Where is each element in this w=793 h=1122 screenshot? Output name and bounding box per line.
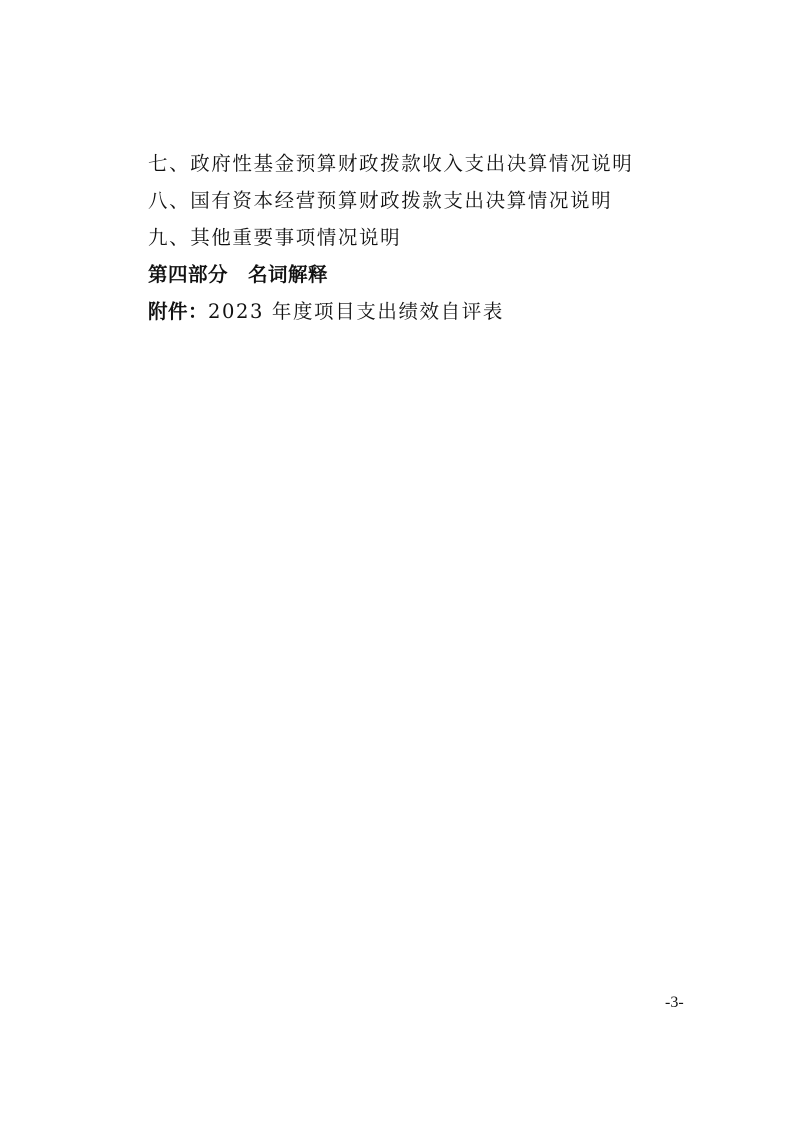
toc-item-9: 九、其他重要事项情况说明 [148,224,401,252]
attachment-line: 附件：2023 年度项目支出绩效自评表 [148,298,504,326]
toc-item-8: 八、国有资本经营预算财政拨款支出决算情况说明 [148,187,612,215]
attachment-label: 附件： [148,300,208,323]
section-title: 名词解释 [248,263,328,286]
section-heading: 第四部分名词解释 [148,261,328,289]
toc-item-text: 政府性基金预算财政拨款收入支出决算情况说明 [190,152,633,175]
toc-item-number: 八、 [148,189,190,212]
toc-item-number: 七、 [148,152,190,175]
toc-item-text: 其他重要事项情况说明 [190,226,401,249]
section-part: 第四部分 [148,263,228,286]
toc-item-7: 七、政府性基金预算财政拨款收入支出决算情况说明 [148,150,633,178]
document-page: 七、政府性基金预算财政拨款收入支出决算情况说明 八、国有资本经营预算财政拨款支出… [0,0,793,1122]
page-number: -3- [665,993,684,1013]
attachment-text: 2023 年度项目支出绩效自评表 [208,300,504,323]
toc-item-text: 国有资本经营预算财政拨款支出决算情况说明 [190,189,612,212]
toc-item-number: 九、 [148,226,190,249]
